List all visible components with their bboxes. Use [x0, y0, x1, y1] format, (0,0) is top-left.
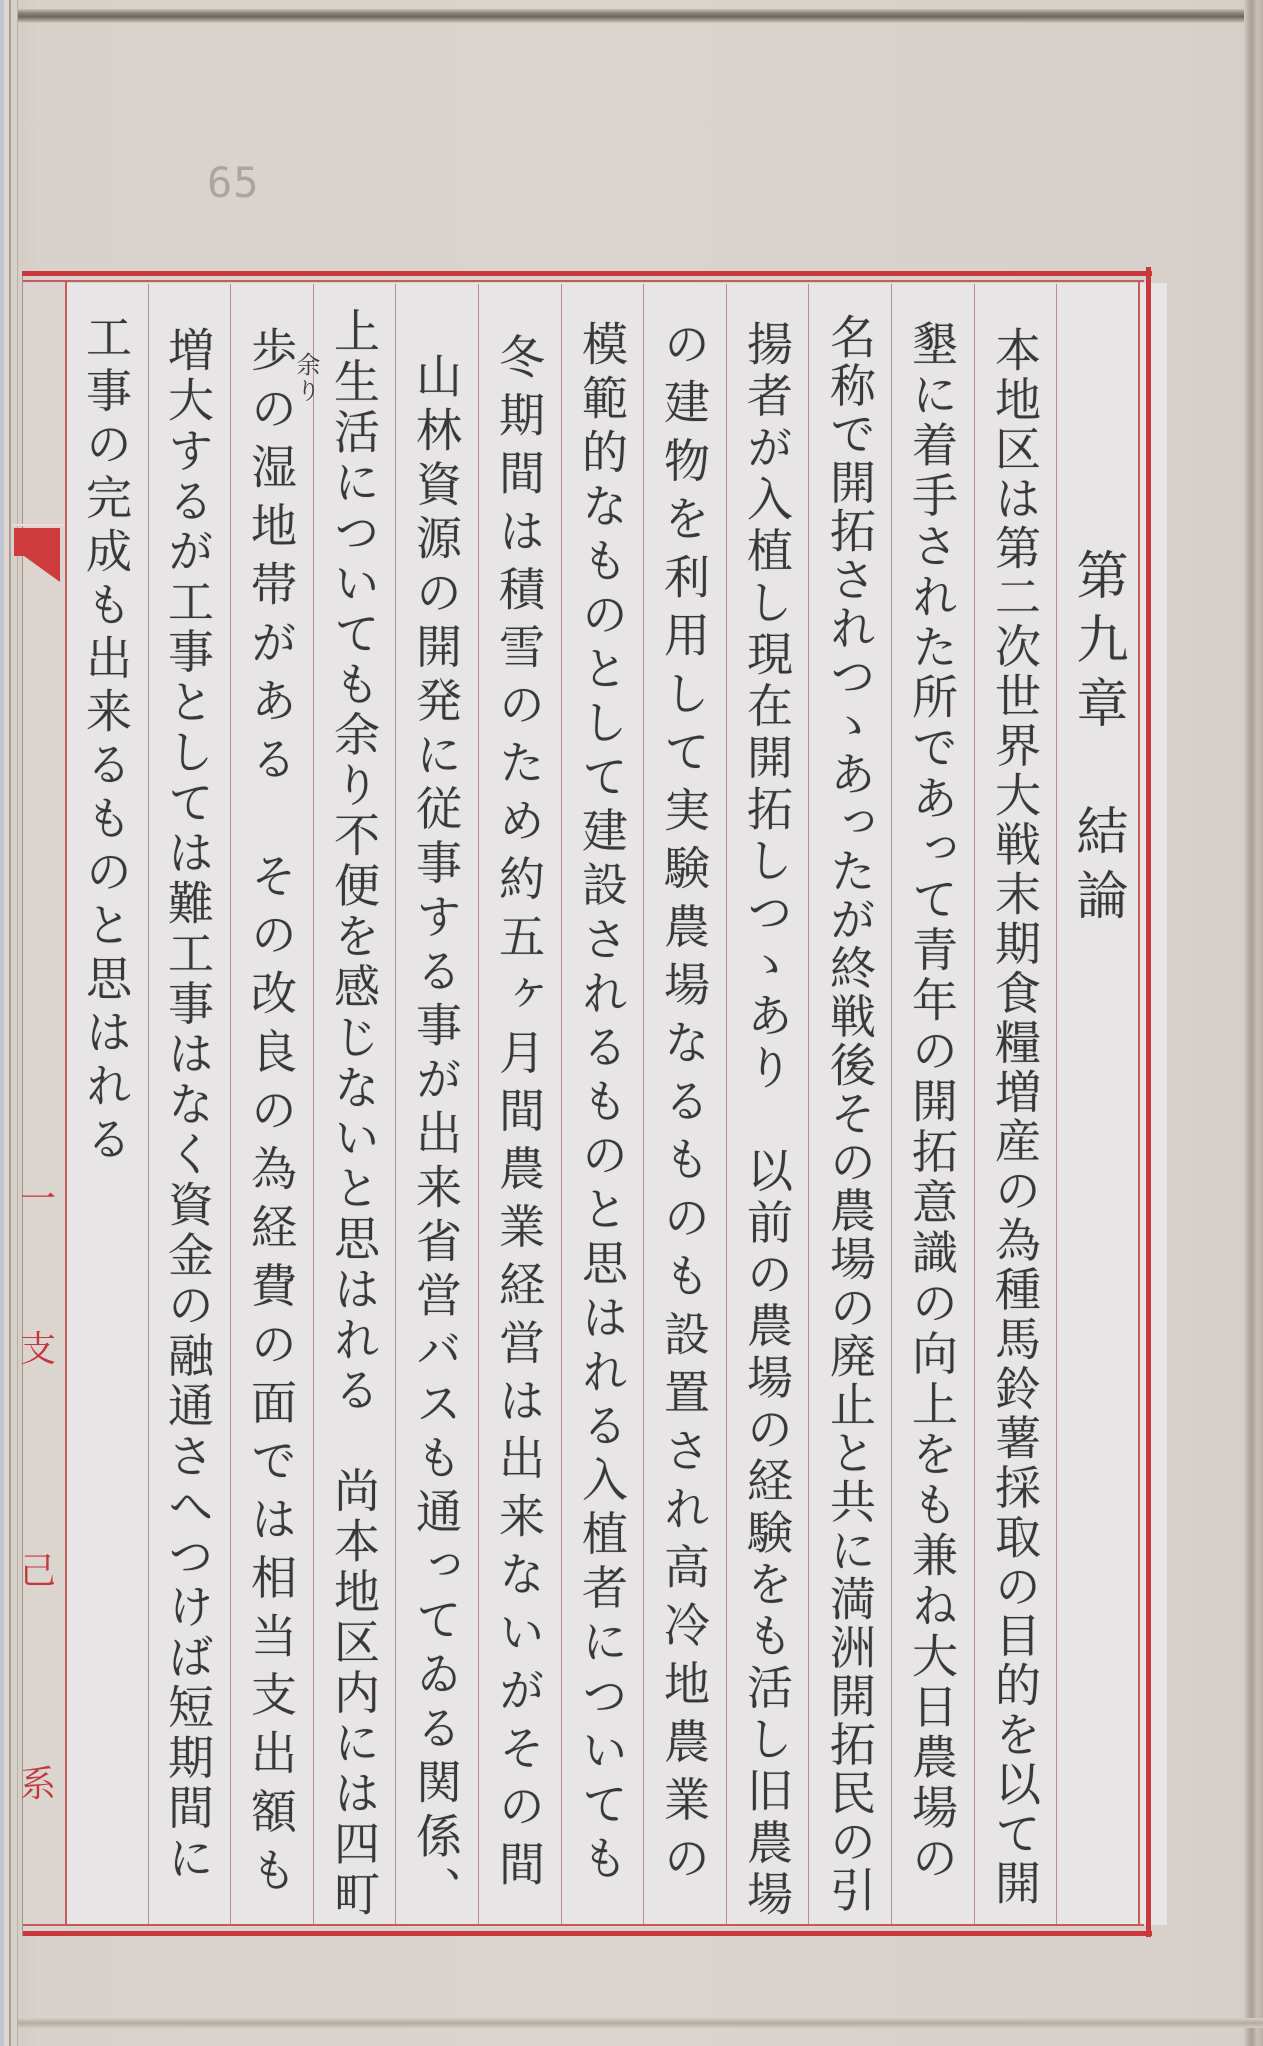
margin-stamp-glyph: 一: [18, 1180, 58, 1220]
margin-stamp-glyph: 己: [18, 1552, 58, 1592]
binding-edge: [0, 0, 21, 2046]
text-column: 模範的なものとして建設されるものと思はれる入植者についても: [572, 320, 632, 1880]
chapter-title: 第九章 結論: [1062, 548, 1132, 920]
column-rule: [561, 284, 562, 1924]
column-rule: [891, 284, 892, 1924]
frame-right-thick: [1146, 267, 1151, 1937]
text-column: の建物を利用して実験農場なるものも設置され高冷地農業の: [654, 320, 714, 1880]
column-rule: [974, 284, 975, 1924]
text-column: 工事の完成も出来るものと思はれる: [76, 313, 136, 1161]
margin-stamp-glyph: 系: [18, 1765, 58, 1805]
text-column: 冬期間は積雪のため約五ヶ月間農業経営は出来ないがその間: [489, 333, 549, 1886]
column-rule: [1056, 284, 1057, 1924]
margin-stamp-glyph: 支: [18, 1330, 58, 1370]
insertion-note: 余り: [292, 352, 320, 404]
column-rule: [808, 284, 809, 1924]
text-column: 山林資源の開発に従事する事が出来省営バスも通ってゐる関係、: [406, 352, 466, 1912]
text-column: 揚者が入植し現在開拓しつゝあり 以前の農場の経験をも活し旧農場: [737, 320, 797, 1916]
text-column: 墾に着手された所であって青年の開拓意識の向上をも兼ね大日農場の: [902, 320, 962, 1880]
page-top-edge: [18, 9, 1263, 23]
page-right-edge: [1244, 0, 1263, 2046]
page-bottom-edge: [18, 2018, 1263, 2028]
column-rule: [643, 284, 644, 1924]
text-column: 名称で開拓されつゝあったが終戦後その農場の廃止と共に満洲開拓民の引: [820, 313, 880, 1912]
text-column: 本地区は第二次世界大戦末期食糧増産の為種馬鈴薯採取の目的を以て開: [985, 326, 1045, 1905]
column-rule: [230, 284, 231, 1924]
frame-bottom-thick: [22, 1931, 1152, 1936]
frame-top-thin: [22, 280, 1144, 282]
frame-bottom-thin: [22, 1924, 1144, 1926]
column-rule: [726, 284, 727, 1924]
red-tab-marker-icon: [12, 524, 64, 586]
frame-top-thick: [22, 271, 1152, 276]
frame-right-thin: [1138, 280, 1140, 1926]
text-column: 上生活についても余り不便を感じないと思はれる 尚本地区内には四町: [324, 307, 384, 1916]
frame-left-line: [65, 280, 67, 1926]
column-rule: [313, 284, 314, 1924]
page-number: 65: [207, 158, 260, 207]
column-rule: [148, 284, 149, 1924]
column-rule: [478, 284, 479, 1924]
text-column: 歩の湿地帯がある その改良の為経費の面では相当支出額も: [241, 326, 301, 1892]
column-rule: [395, 284, 396, 1924]
text-column: 増大するが工事としては難工事はなく資金の融通さへつけば短期間に: [158, 326, 218, 1880]
